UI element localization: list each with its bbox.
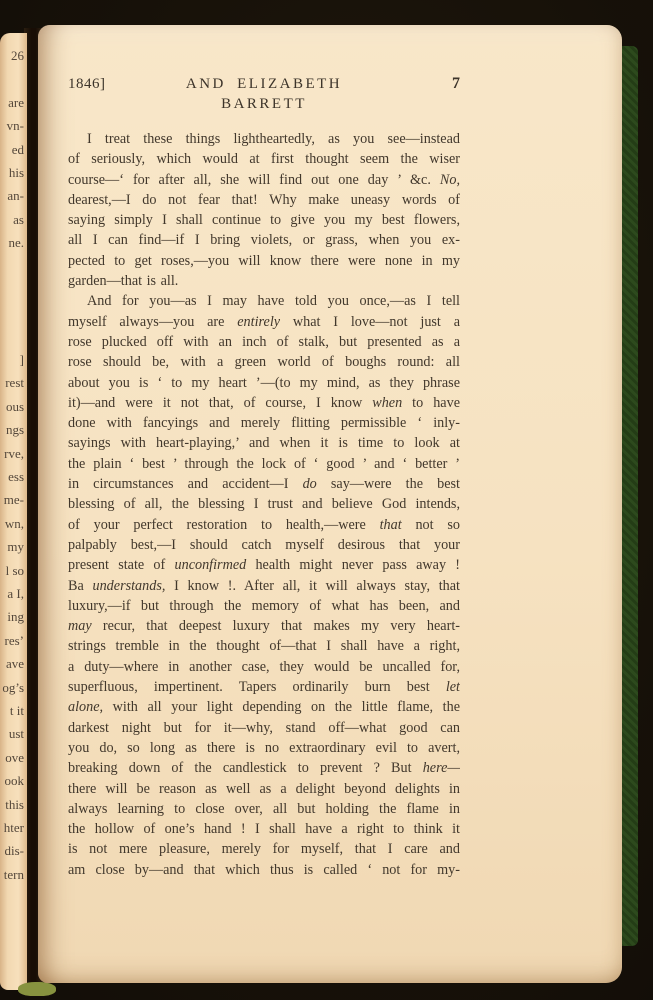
page-fragment-line: hter (0, 816, 27, 839)
text-line: the hollow of one’s hand ! I shall have … (68, 819, 460, 839)
page-fragment-line: ust (0, 722, 27, 745)
text-line: garden—that is all. (68, 271, 460, 291)
page-fragment-line: ne. (0, 231, 27, 254)
page-fragment-line: tern (0, 863, 27, 886)
text-line: saying simply I shall continue to give y… (68, 210, 460, 230)
page-fragment-line (0, 301, 27, 324)
text-line: palpably best,—I should catch myself des… (68, 535, 460, 555)
text-line: sayings with heart-playing,’ and when it… (68, 433, 460, 453)
page-fragment-line: an- (0, 184, 27, 207)
paragraph: I treat these things lightheartedly, as … (68, 129, 460, 291)
page-fragment-line: ed (0, 138, 27, 161)
text-line: breaking down of the candlestick to prev… (68, 758, 460, 778)
text-line: pected to get roses,—you will know there… (68, 251, 460, 271)
text-line: may recur, that deepest luxury that make… (68, 616, 460, 636)
page-fragment-line (0, 67, 27, 90)
text-line: in circumstances and accident—I do say—w… (68, 474, 460, 494)
text-line: done with fancyings and merely flitting … (68, 413, 460, 433)
text-line: superfluous, impertinent. Tapers ordinar… (68, 677, 460, 697)
page-fragment-line: ook (0, 769, 27, 792)
text-line: Ba understands, I know !. After all, it … (68, 576, 460, 596)
text-line: about you is ‘ to my heart ’—(to my mind… (68, 373, 460, 393)
left-page-edge: 26arevn-edhisan-asne.]restousngsrve,essm… (0, 33, 27, 990)
page-fragment-line: wn, (0, 512, 27, 535)
page-fragment-line: rve, (0, 442, 27, 465)
text-line: rose should be, with a green world of bo… (68, 352, 460, 372)
page-fragment-line: dis- (0, 839, 27, 862)
main-page: 1846] AND ELIZABETH BARRETT 7 I treat th… (38, 25, 622, 983)
text-line: luxury,—if but through the memory of wha… (68, 596, 460, 616)
page-fragment-line (0, 278, 27, 301)
page-fragment-line: vn- (0, 114, 27, 137)
header-page-number: 7 (380, 74, 460, 94)
page-fragment-line: are (0, 91, 27, 114)
header-title: AND ELIZABETH BARRETT (148, 74, 380, 114)
page-fragment-line: res’ (0, 629, 27, 652)
page-fragment-line: ous (0, 395, 27, 418)
text-line: rose plucked off with an inch of stalk, … (68, 332, 460, 352)
text-line: of seriously, which would at first thoug… (68, 149, 460, 169)
cover-corner-bottom-left (18, 982, 56, 996)
text-line: it)—and were it not that, of course, I k… (68, 393, 460, 413)
page-fragment-line: ing (0, 605, 27, 628)
page-fragment-line: this (0, 793, 27, 816)
page-fragment-line: ave (0, 652, 27, 675)
page-fragment-line: my (0, 535, 27, 558)
page-fragment-line: a I, (0, 582, 27, 605)
text-line: am close by—and that which thus is calle… (68, 860, 460, 880)
page-fragment-line: 26 (0, 44, 27, 67)
text-line: darkest night but for it—why, stand off—… (68, 718, 460, 738)
page-fragment-line: rest (0, 371, 27, 394)
page-fragment-line: l so (0, 559, 27, 582)
text-line: dearest,—I do not fear that! Why make un… (68, 190, 460, 210)
page-body: I treat these things lightheartedly, as … (68, 129, 460, 880)
left-page-fragments: 26arevn-edhisan-asne.]restousngsrve,essm… (0, 33, 27, 886)
text-line: is not mere pleasure, merely for myself,… (68, 839, 460, 859)
page-fragment-line: me- (0, 488, 27, 511)
text-line: I treat these things lightheartedly, as … (68, 129, 460, 149)
page-fragment-line (0, 325, 27, 348)
text-line: all I can find—if I bring violets, or gr… (68, 230, 460, 250)
page-fragment-line: t it (0, 699, 27, 722)
text-line: strings tremble in the thought of—that I… (68, 636, 460, 656)
page-fragment-line: his (0, 161, 27, 184)
page-fragment-line (0, 255, 27, 278)
text-line: there will be reason as well as a deligh… (68, 779, 460, 799)
text-line: a duty—where in another case, they would… (68, 657, 460, 677)
page-fragment-line: ess (0, 465, 27, 488)
text-line: of your perfect restoration to health,—w… (68, 515, 460, 535)
page-fragment-line: ] (0, 348, 27, 371)
text-line: blessing of all, the blessing I trust an… (68, 494, 460, 514)
text-line: present state of unconfirmed health migh… (68, 555, 460, 575)
page-fragment-line: as (0, 208, 27, 231)
text-line: alone, with all your light depending on … (68, 697, 460, 717)
text-line: you do, so long as there is no extraordi… (68, 738, 460, 758)
text-line: myself always—you are entirely what I lo… (68, 312, 460, 332)
page-fragment-line: ngs (0, 418, 27, 441)
text-line: And for you—as I may have told you once,… (68, 291, 460, 311)
page-header: 1846] AND ELIZABETH BARRETT 7 (68, 74, 460, 114)
text-line: the plain ‘ best ’ through the lock of ‘… (68, 454, 460, 474)
header-year: 1846] (68, 74, 148, 94)
page-fragment-line: ove (0, 746, 27, 769)
text-line: course—‘ for after all, she will find ou… (68, 170, 460, 190)
page-fragment-line: og’s (0, 676, 27, 699)
paragraph: And for you—as I may have told you once,… (68, 291, 460, 880)
text-line: always learning to close over, all but h… (68, 799, 460, 819)
